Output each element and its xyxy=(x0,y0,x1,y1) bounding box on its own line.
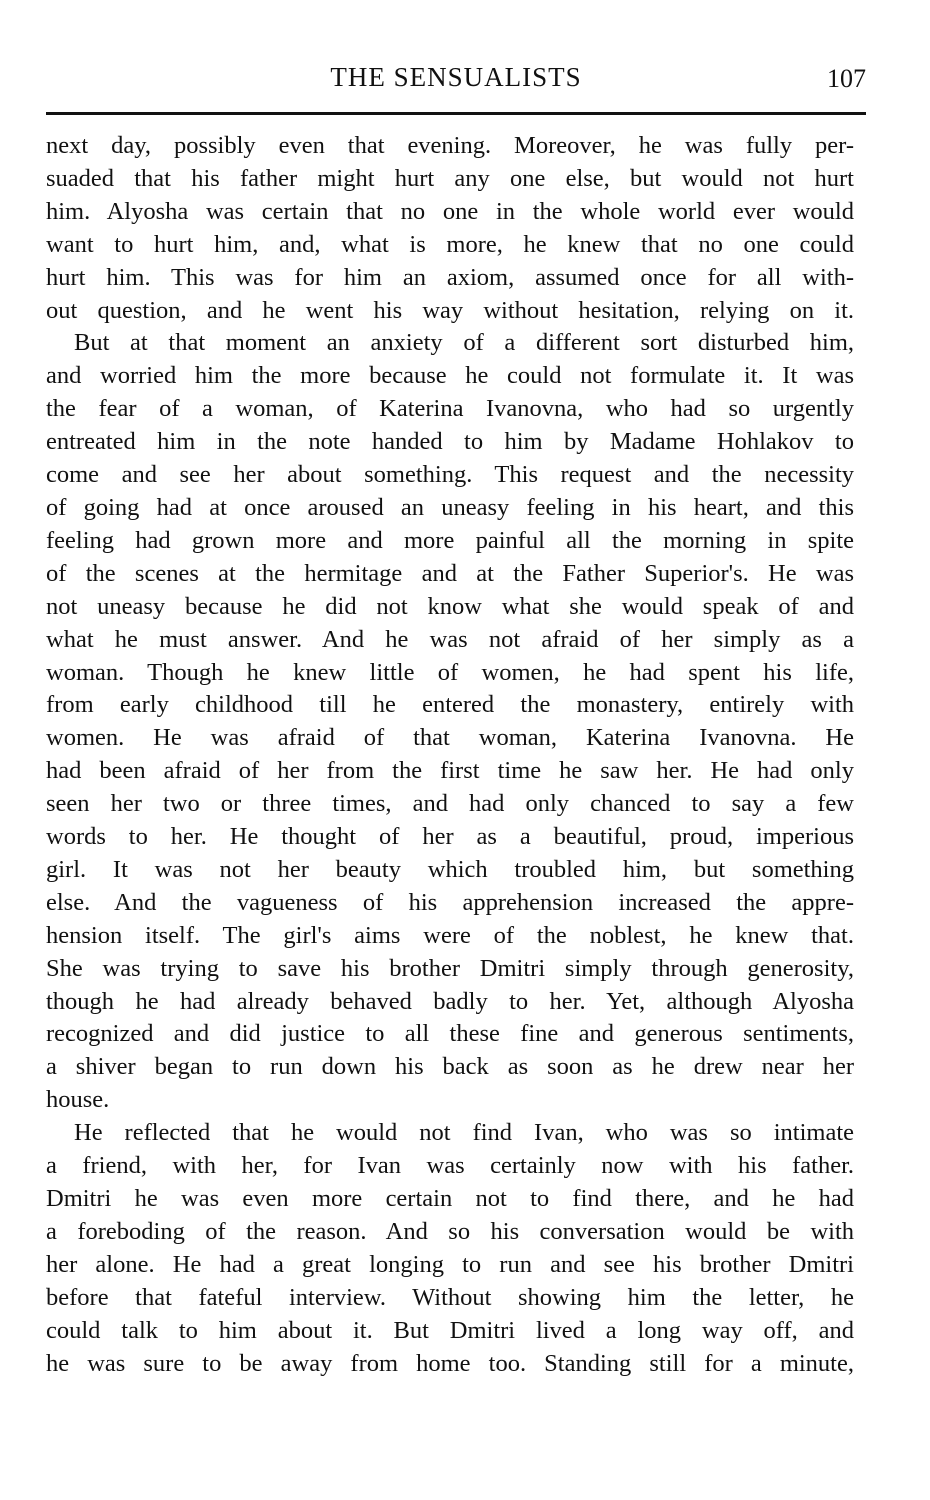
text-line: She was trying to save his brother Dmitr… xyxy=(46,953,854,986)
text-line: her alone. He had a great longing to run… xyxy=(46,1249,854,1282)
text-line: him. Alyosha was certain that no one in … xyxy=(46,196,854,229)
header-rule xyxy=(46,112,866,115)
page-number: 107 xyxy=(827,64,866,94)
text-line: Dmitri he was even more certain not to f… xyxy=(46,1183,854,1216)
text-line: a shiver began to run down his back as s… xyxy=(46,1051,854,1084)
text-line: of the scenes at the hermitage and at th… xyxy=(46,558,854,591)
text-line: seen her two or three times, and had onl… xyxy=(46,788,854,821)
text-line: though he had already behaved badly to h… xyxy=(46,986,854,1019)
page-header: THE SENSUALISTS 107 xyxy=(46,62,866,102)
text-line: else. And the vagueness of his apprehens… xyxy=(46,887,854,920)
text-line: of going had at once aroused an uneasy f… xyxy=(46,492,854,525)
running-title: THE SENSUALISTS xyxy=(46,62,866,93)
text-line: suaded that his father might hurt any on… xyxy=(46,163,854,196)
text-line: women. He was afraid of that woman, Kate… xyxy=(46,722,854,755)
text-line: he was sure to be away from home too. St… xyxy=(46,1348,854,1381)
text-line: before that fateful interview. Without s… xyxy=(46,1282,854,1315)
text-line: feeling had grown more and more painful … xyxy=(46,525,854,558)
text-line: come and see her about something. This r… xyxy=(46,459,854,492)
paragraph-start-line: He reflected that he would not find Ivan… xyxy=(46,1117,854,1150)
text-line: entreated him in the note handed to him … xyxy=(46,426,854,459)
text-line: a friend, with her, for Ivan was certain… xyxy=(46,1150,854,1183)
text-line: recognized and did justice to all these … xyxy=(46,1018,854,1051)
text-line: and worried him the more because he coul… xyxy=(46,360,854,393)
text-line: want to hurt him, and, what is more, he … xyxy=(46,229,854,262)
text-line: words to her. He thought of her as a bea… xyxy=(46,821,854,854)
text-line: from early childhood till he entered the… xyxy=(46,689,854,722)
text-line: hension itself. The girl's aims were of … xyxy=(46,920,854,953)
paragraph-end-line: house. xyxy=(46,1084,854,1117)
text-line: hurt him. This was for him an axiom, ass… xyxy=(46,262,854,295)
text-line: could talk to him about it. But Dmitri l… xyxy=(46,1315,854,1348)
text-line: out question, and he went his way withou… xyxy=(46,295,854,328)
text-line: girl. It was not her beauty which troubl… xyxy=(46,854,854,887)
paragraph-start-line: But at that moment an anxiety of a diffe… xyxy=(46,327,854,360)
text-line: had been afraid of her from the first ti… xyxy=(46,755,854,788)
text-line: the fear of a woman, of Katerina Ivanovn… xyxy=(46,393,854,426)
text-line: a foreboding of the reason. And so his c… xyxy=(46,1216,854,1249)
text-line: what he must answer. And he was not afra… xyxy=(46,624,854,657)
body-text: next day, possibly even that evening. Mo… xyxy=(46,130,854,1380)
text-line: next day, possibly even that evening. Mo… xyxy=(46,130,854,163)
text-line: woman. Though he knew little of women, h… xyxy=(46,657,854,690)
text-line: not uneasy because he did not know what … xyxy=(46,591,854,624)
